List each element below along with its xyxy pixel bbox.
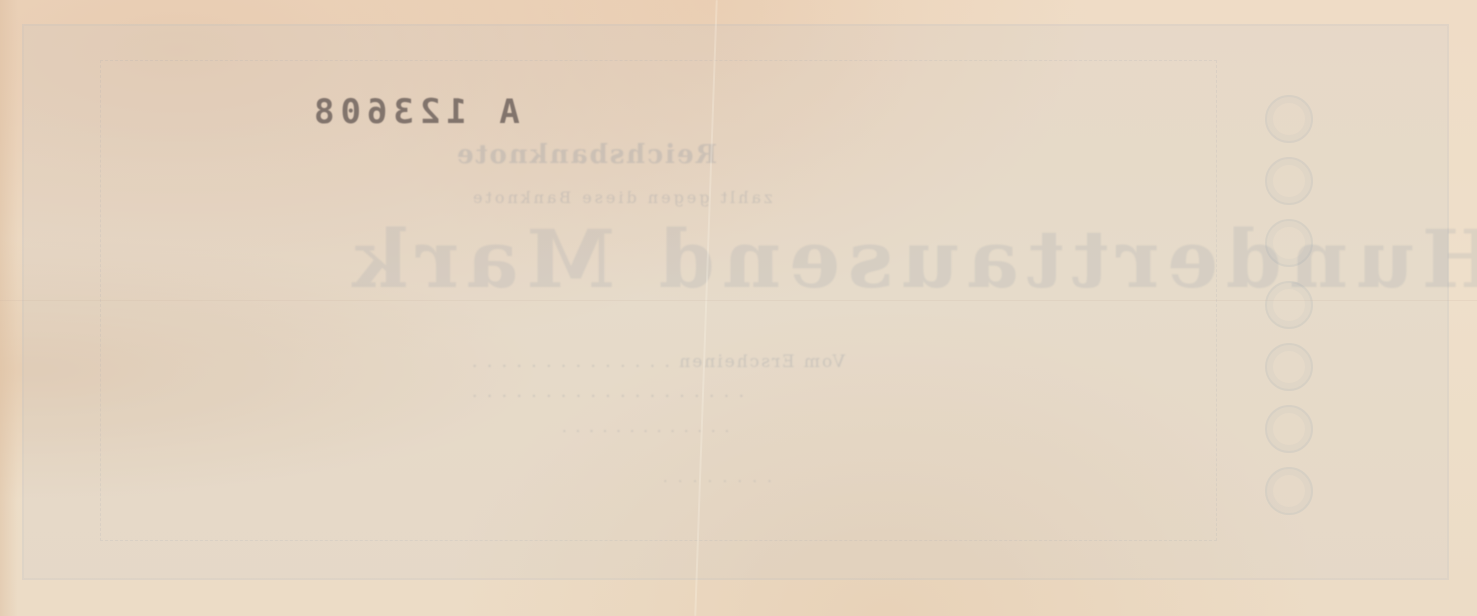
rosette-ornament-icon xyxy=(1265,467,1313,515)
rosette-ornament-icon xyxy=(1265,343,1313,391)
rosette-ornament-icon xyxy=(1265,281,1313,329)
ghost-heading: Reichsbanknote xyxy=(455,140,717,170)
rosette-ornament-icon xyxy=(1265,405,1313,453)
ghost-text-line: Vom Erscheinen . . . . . . . . . . . . .… xyxy=(470,352,845,372)
ghost-text-line: . . . . . . . . . . . . . xyxy=(560,418,729,436)
rosette-ornament-icon xyxy=(1265,95,1313,143)
banknote-reverse: A 123608 Reichsbanknote zahlt gegen dies… xyxy=(0,0,1477,616)
mirrored-serial-number: A 123608 xyxy=(308,92,520,132)
rosette-column xyxy=(1245,95,1355,535)
paper-edge-shading xyxy=(0,0,18,616)
paper-fold-horizontal xyxy=(0,300,1477,301)
ghost-subheading: zahlt gegen diese Banknote xyxy=(470,188,772,207)
ghost-text-line: . . . . . . . . xyxy=(660,470,772,486)
rosette-ornament-icon xyxy=(1265,157,1313,205)
rosette-ornament-icon xyxy=(1265,219,1313,267)
